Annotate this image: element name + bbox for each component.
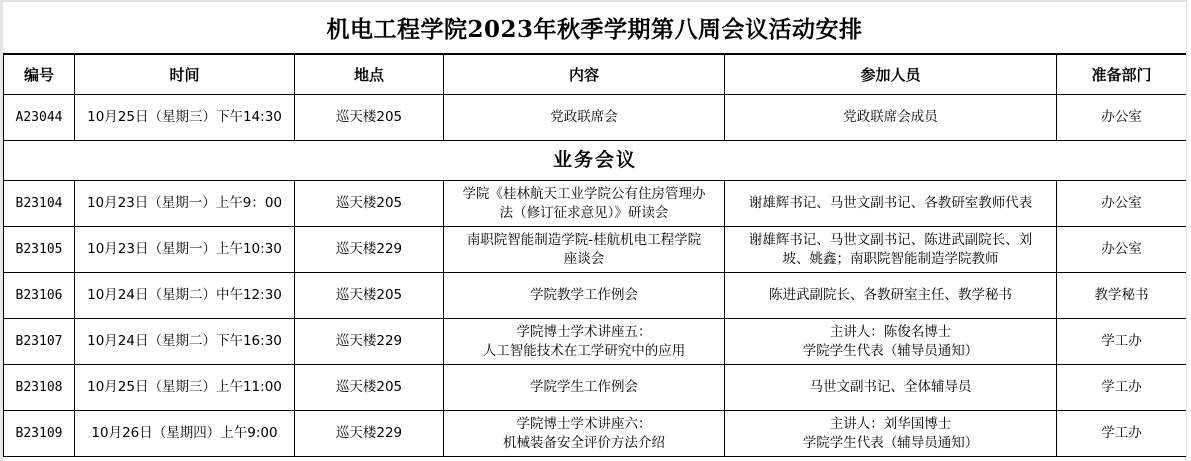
cell-time[interactable]: 10月26日（星期四）上午9:00 [75, 411, 295, 457]
attendees-line-1: 主讲人：陈俊名博士 [729, 323, 1052, 342]
section-title[interactable]: 业务会议 [4, 141, 1187, 181]
cell-time[interactable]: 10月23日（星期一）上午10:30 [75, 227, 295, 273]
cell-attendees[interactable]: 谢雄辉书记、马世文副书记、陈进武副院长、刘 坡、姚鑫；南职院智能制造学院教师 [725, 227, 1057, 273]
cell-location[interactable]: 巡天楼229 [295, 411, 444, 457]
cell-attendees[interactable]: 陈进武副院长、各教研室主任、教学秘书 [725, 273, 1057, 319]
attendees-line-1: 谢雄辉书记、马世文副书记、陈进武副院长、刘 [729, 231, 1052, 250]
section-row: 业务会议 [4, 141, 1187, 181]
cell-dept[interactable]: 学工办 [1057, 365, 1187, 411]
cell-location[interactable]: 巡天楼229 [295, 319, 444, 365]
cell-dept[interactable]: 办公室 [1057, 181, 1187, 227]
table-row: B23109 10月26日（星期四）上午9:00 巡天楼229 学院博士学术讲座… [4, 411, 1187, 457]
cell-dept[interactable]: 办公室 [1057, 227, 1187, 273]
table-row: B23105 10月23日（星期一）上午10:30 巡天楼229 南职院智能制造… [4, 227, 1187, 273]
cell-code[interactable]: B23104 [4, 181, 75, 227]
cell-code[interactable]: A23044 [4, 95, 75, 141]
cell-content[interactable]: 学院博士学术讲座六： 机械装备安全评价方法介绍 [444, 411, 725, 457]
cell-code[interactable]: B23107 [4, 319, 75, 365]
content-line-1: 学院教学工作例会 [448, 286, 720, 305]
content-line-1: 学院博士学术讲座六： [448, 415, 720, 434]
cell-code[interactable]: B23109 [4, 411, 75, 457]
cell-content[interactable]: 党政联席会 [444, 95, 725, 141]
cell-dept[interactable]: 学工办 [1057, 319, 1187, 365]
attendees-line-1: 主讲人：刘华国博士 [729, 415, 1052, 434]
content-line-1: 学院学生工作例会 [448, 378, 720, 397]
table-row: B23104 10月23日（星期一）上午9：00 巡天楼205 学院《桂林航天工… [4, 181, 1187, 227]
cell-content[interactable]: 学院学生工作例会 [444, 365, 725, 411]
cell-code[interactable]: B23106 [4, 273, 75, 319]
cell-dept[interactable]: 教学秘书 [1057, 273, 1187, 319]
attendees-line-2: 学院学生代表（辅导员通知） [729, 434, 1052, 453]
content-line-2: 机械装备安全评价方法介绍 [448, 434, 720, 453]
cell-dept[interactable]: 办公室 [1057, 95, 1187, 141]
content-line-1: 南职院智能制造学院-桂航机电工程学院 [448, 231, 720, 250]
attendees-line-2: 学院学生代表（辅导员通知） [729, 342, 1052, 361]
schedule-table: 编号 时间 地点 内容 参加人员 准备部门 A23044 10月25日（星期三）… [3, 54, 1187, 457]
header-time[interactable]: 时间 [75, 55, 295, 95]
content-line-1: 学院《桂林航天工业学院公有住房管理办 [448, 185, 720, 204]
cell-attendees[interactable]: 主讲人：刘华国博士 学院学生代表（辅导员通知） [725, 411, 1057, 457]
sheet-title[interactable]: 机电工程学院2023年秋季学期第八周会议活动安排 [3, 2, 1186, 54]
cell-code[interactable]: B23108 [4, 365, 75, 411]
cell-attendees[interactable]: 谢雄辉书记、马世文副书记、各教研室教师代表 [725, 181, 1057, 227]
cell-content[interactable]: 学院《桂林航天工业学院公有住房管理办 法（修订征求意见）》研读会 [444, 181, 725, 227]
cell-content[interactable]: 学院博士学术讲座五： 人工智能技术在工学研究中的应用 [444, 319, 725, 365]
cell-attendees[interactable]: 马世文副书记、全体辅导员 [725, 365, 1057, 411]
cell-dept[interactable]: 学工办 [1057, 411, 1187, 457]
header-row: 编号 时间 地点 内容 参加人员 准备部门 [4, 55, 1187, 95]
attendees-line-1: 谢雄辉书记、马世文副书记、各教研室教师代表 [729, 194, 1052, 213]
cell-location[interactable]: 巡天楼205 [295, 365, 444, 411]
content-line-2: 人工智能技术在工学研究中的应用 [448, 342, 720, 361]
cell-attendees[interactable]: 主讲人：陈俊名博士 学院学生代表（辅导员通知） [725, 319, 1057, 365]
attendees-line-1: 马世文副书记、全体辅导员 [729, 378, 1052, 397]
cell-time[interactable]: 10月25日（星期三）上午11:00 [75, 365, 295, 411]
header-dept[interactable]: 准备部门 [1057, 55, 1187, 95]
spreadsheet-gutter-right [1186, 0, 1191, 461]
cell-time[interactable]: 10月24日（星期二）中午12:30 [75, 273, 295, 319]
table-row: B23108 10月25日（星期三）上午11:00 巡天楼205 学院学生工作例… [4, 365, 1187, 411]
header-location[interactable]: 地点 [295, 55, 444, 95]
table-row: A23044 10月25日（星期三）下午14:30 巡天楼205 党政联席会 党… [4, 95, 1187, 141]
header-code[interactable]: 编号 [4, 55, 75, 95]
cell-location[interactable]: 巡天楼205 [295, 95, 444, 141]
content-line-2: 法（修订征求意见）》研读会 [448, 204, 720, 223]
cell-content[interactable]: 学院教学工作例会 [444, 273, 725, 319]
cell-time[interactable]: 10月23日（星期一）上午9：00 [75, 181, 295, 227]
schedule-sheet: 机电工程学院2023年秋季学期第八周会议活动安排 编号 时间 地点 内容 参加人… [3, 2, 1186, 457]
cell-time[interactable]: 10月25日（星期三）下午14:30 [75, 95, 295, 141]
cell-location[interactable]: 巡天楼205 [295, 273, 444, 319]
content-line-1: 学院博士学术讲座五： [448, 323, 720, 342]
cell-location[interactable]: 巡天楼229 [295, 227, 444, 273]
cell-content[interactable]: 南职院智能制造学院-桂航机电工程学院 座谈会 [444, 227, 725, 273]
cell-location[interactable]: 巡天楼205 [295, 181, 444, 227]
attendees-line-2: 坡、姚鑫；南职院智能制造学院教师 [729, 250, 1052, 269]
cell-attendees[interactable]: 党政联席会成员 [725, 95, 1057, 141]
cell-time[interactable]: 10月24日（星期二）下午16:30 [75, 319, 295, 365]
attendees-line-1: 陈进武副院长、各教研室主任、教学秘书 [729, 286, 1052, 305]
header-attendees[interactable]: 参加人员 [725, 55, 1057, 95]
table-row: B23106 10月24日（星期二）中午12:30 巡天楼205 学院教学工作例… [4, 273, 1187, 319]
header-content[interactable]: 内容 [444, 55, 725, 95]
cell-code[interactable]: B23105 [4, 227, 75, 273]
content-line-2: 座谈会 [448, 250, 720, 269]
table-row: B23107 10月24日（星期二）下午16:30 巡天楼229 学院博士学术讲… [4, 319, 1187, 365]
